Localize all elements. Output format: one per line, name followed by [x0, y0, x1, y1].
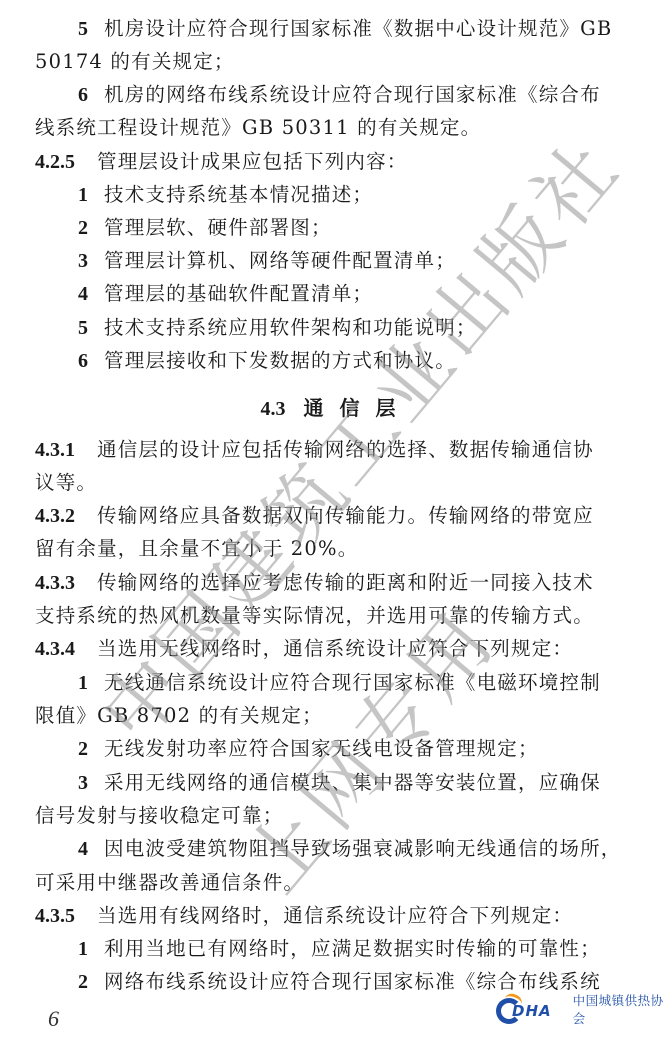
item-text: 利用当地已有网络时，应满足数据实时传输的可靠性；	[104, 937, 601, 960]
section-number: 4.3	[261, 398, 286, 420]
list-item: 1利用当地已有网络时，应满足数据实时传输的可靠性；	[78, 932, 672, 965]
text-line: 可采用中继器改善通信条件。	[35, 866, 645, 899]
logo-icon: DHA	[496, 994, 571, 1024]
clause-number: 4.3.2	[35, 505, 75, 527]
item-text: 留有余量，且余量不宜小于 20%。	[35, 537, 358, 560]
clause: 4.3.4当选用无线网络时，通信系统设计应符合下列规定：	[35, 632, 645, 665]
item-text: 技术支持系统基本情况描述；	[104, 183, 373, 206]
clause: 4.3.5当选用有线网络时，通信系统设计应符合下列规定：	[35, 899, 645, 932]
clause: 4.3.2传输网络应具备数据双向传输能力。传输网络的带宽应	[35, 499, 645, 532]
clause-text: 通信层的设计应包括传输网络的选择、数据传输通信协	[97, 438, 594, 461]
list-item: 5机房设计应符合现行国家标准《数据中心设计规范》GB	[78, 12, 672, 45]
clause-number: 4.3.5	[35, 905, 75, 927]
item-text: 网络布线系统设计应符合现行国家标准《综合布线系统	[104, 970, 601, 993]
list-item: 3采用无线网络的通信模块、集中器等安装位置，应确保	[78, 766, 672, 799]
clause: 4.2.5管理层设计成果应包括下列内容：	[35, 145, 645, 178]
item-text: 无线通信系统设计应符合现行国家标准《电磁环境控制	[104, 671, 601, 694]
text-line: 信号发射与接收稳定可靠；	[35, 799, 645, 832]
item-number: 2	[78, 971, 88, 993]
item-number: 3	[78, 250, 88, 272]
logo-mark-text: DHA	[512, 1002, 552, 1020]
item-number: 2	[78, 738, 88, 760]
item-number: 4	[78, 838, 88, 860]
item-text: 管理层软、硬件部署图；	[104, 216, 332, 239]
clause-text: 当选用无线网络时，通信系统设计应符合下列规定：	[97, 637, 573, 660]
list-item: 5技术支持系统应用软件架构和功能说明；	[78, 311, 672, 344]
item-text: 管理层的基础软件配置清单；	[104, 282, 373, 305]
list-item: 1无线通信系统设计应符合现行国家标准《电磁环境控制	[78, 666, 672, 699]
item-text: 机房的网络布线系统设计应符合现行国家标准《综合布	[104, 83, 601, 106]
item-text: 技术支持系统应用软件架构和功能说明；	[104, 316, 477, 339]
clause: 4.3.1通信层的设计应包括传输网络的选择、数据传输通信协	[35, 433, 645, 466]
item-text: 可采用中继器改善通信条件。	[35, 871, 304, 894]
item-text: 采用无线网络的通信模块、集中器等安装位置，应确保	[104, 771, 601, 794]
clause-text: 管理层设计成果应包括下列内容：	[97, 150, 408, 173]
item-number: 4	[78, 283, 88, 305]
item-text: 线系统工程设计规范》GB 50311 的有关规定。	[35, 116, 481, 139]
text-line: 50174 的有关规定；	[35, 45, 645, 78]
list-item: 3管理层计算机、网络等硬件配置清单；	[78, 244, 672, 277]
item-number: 1	[78, 938, 88, 960]
text-line: 限值》GB 8702 的有关规定；	[35, 699, 645, 732]
section-heading: 4.3通信层	[0, 390, 672, 426]
association-logo: DHA 中国城镇供热协会	[496, 994, 672, 1024]
item-text: 支持系统的热风机数量等实际情况，并选用可靠的传输方式。	[35, 604, 594, 627]
item-number: 1	[78, 672, 88, 694]
item-text: 管理层计算机、网络等硬件配置清单；	[104, 249, 456, 272]
page-number: 6	[48, 1006, 59, 1032]
clause-number: 4.2.5	[35, 151, 75, 173]
item-text: 管理层接收和下发数据的方式和协议。	[104, 349, 456, 372]
list-item: 4因电波受建筑物阻挡导致场强衰减影响无线通信的场所，	[78, 832, 672, 865]
document-page: 5机房设计应符合现行国家标准《数据中心设计规范》GB 50174 的有关规定； …	[0, 0, 672, 1037]
clause-text: 当选用有线网络时，通信系统设计应符合下列规定：	[97, 904, 573, 927]
text-line: 线系统工程设计规范》GB 50311 的有关规定。	[35, 111, 645, 144]
item-number: 6	[78, 350, 88, 372]
clause-text: 传输网络应具备数据双向传输能力。传输网络的带宽应	[97, 504, 594, 527]
list-item: 2管理层软、硬件部署图；	[78, 211, 672, 244]
list-item: 1技术支持系统基本情况描述；	[78, 178, 672, 211]
clause-number: 4.3.4	[35, 638, 75, 660]
clause-number: 4.3.1	[35, 439, 75, 461]
clause-number: 4.3.3	[35, 572, 75, 594]
list-item: 6管理层接收和下发数据的方式和协议。	[78, 344, 672, 377]
clause: 4.3.3传输网络的选择应考虑传输的距离和附近一同接入技术	[35, 566, 645, 599]
list-item: 4管理层的基础软件配置清单；	[78, 277, 672, 310]
item-number: 5	[78, 18, 88, 40]
item-number: 6	[78, 84, 88, 106]
text-line: 支持系统的热风机数量等实际情况，并选用可靠的传输方式。	[35, 599, 645, 632]
list-item: 6机房的网络布线系统设计应符合现行国家标准《综合布	[78, 78, 672, 111]
section-title: 通信层	[304, 396, 412, 420]
clause-text: 传输网络的选择应考虑传输的距离和附近一同接入技术	[97, 571, 594, 594]
item-text: 限值》GB 8702 的有关规定；	[35, 704, 323, 727]
item-text: 50174 的有关规定；	[35, 50, 235, 73]
item-text: 无线发射功率应符合国家无线电设备管理规定；	[104, 737, 539, 760]
item-text: 议等。	[35, 471, 97, 494]
text-line: 议等。	[35, 466, 645, 499]
item-text: 因电波受建筑物阻挡导致场强衰减影响无线通信的场所，	[104, 837, 622, 860]
list-item: 2无线发射功率应符合国家无线电设备管理规定；	[78, 732, 672, 765]
text-line: 留有余量，且余量不宜小于 20%。	[35, 532, 645, 565]
logo-name: 中国城镇供热协会	[573, 991, 672, 1027]
item-number: 5	[78, 317, 88, 339]
item-number: 2	[78, 217, 88, 239]
item-number: 1	[78, 184, 88, 206]
item-text: 信号发射与接收稳定可靠；	[35, 804, 283, 827]
item-text: 机房设计应符合现行国家标准《数据中心设计规范》GB	[104, 17, 612, 40]
item-number: 3	[78, 772, 88, 794]
